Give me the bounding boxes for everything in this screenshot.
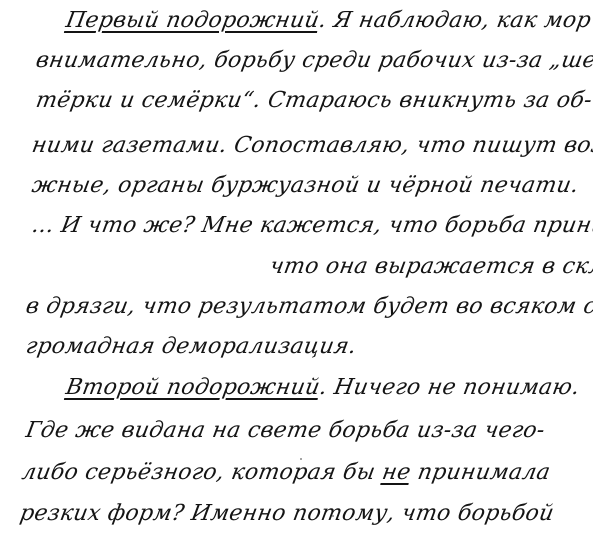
line-text: резких форм? Именно потому, что борьбой (18, 501, 556, 526)
manuscript-line-11: Где же видана на свете борьба из-за чего… (23, 416, 547, 446)
speaker-heading-first-traveler: Первый подорожний (64, 8, 321, 33)
manuscript-line-3: тёрки и семёрки“. Стараюсь вникнуть за о… (33, 86, 593, 116)
line-text: ними газетами. Сопоставляю, что пишут во… (30, 133, 593, 158)
manuscript-line-5: жные, органы буржуазной и чёрной печати. (29, 171, 581, 201)
line-text: что она выражается в склоку, (268, 254, 593, 279)
line-text: ... И что же? Мне кажется, что борьба пр… (30, 213, 593, 238)
manuscript-line-6: ... И что же? Мне кажется, что борьба пр… (29, 211, 593, 241)
manuscript-line-8: в дрязги, что результатом будет во всяко… (23, 292, 593, 322)
line-text: Где же видана на свете борьба из-за чего… (24, 418, 547, 443)
line-text: тёрки и семёрки“. Стараюсь вникнуть за о… (34, 88, 593, 113)
manuscript-line-7: что она выражается в склоку, (267, 252, 593, 282)
line-text: . Я наблюдаю, как мор (317, 8, 593, 33)
line-text: жные, органы буржуазной и чёрной печати. (30, 173, 581, 198)
manuscript-line-4: ними газетами. Сопоставляю, что пишут во… (29, 131, 593, 161)
line-text: громадная деморализация. (24, 334, 359, 359)
manuscript-page: Первый подорожний. Я наблюдаю, как мор в… (0, 0, 593, 539)
manuscript-line-13: резких форм? Именно потому, что борьбой (17, 499, 556, 529)
line-text: внимательно, борьбу среди рабочих из-за … (34, 48, 593, 73)
line-text: . Ничего не понимаю. (318, 375, 582, 400)
line-text: либо серьёзного, которая бы (20, 460, 385, 485)
scan-speck (300, 458, 302, 460)
speaker-heading-second-traveler: Второй подорожний (64, 375, 322, 400)
manuscript-line-12: либо серьёзного, которая бы не принимала (19, 458, 552, 488)
line-text: в дрязги, что результатом будет во всяко… (24, 294, 593, 319)
line-text: принимала (408, 460, 552, 485)
manuscript-line-9: громадная деморализация. (23, 332, 358, 362)
manuscript-line-10: Второй подорожний. Ничего не понимаю. (63, 373, 582, 403)
scan-speck (332, 515, 334, 517)
manuscript-line-1: Первый подорожний. Я наблюдаю, как мор (63, 6, 593, 36)
manuscript-line-2: внимательно, борьбу среди рабочих из-за … (33, 46, 593, 76)
